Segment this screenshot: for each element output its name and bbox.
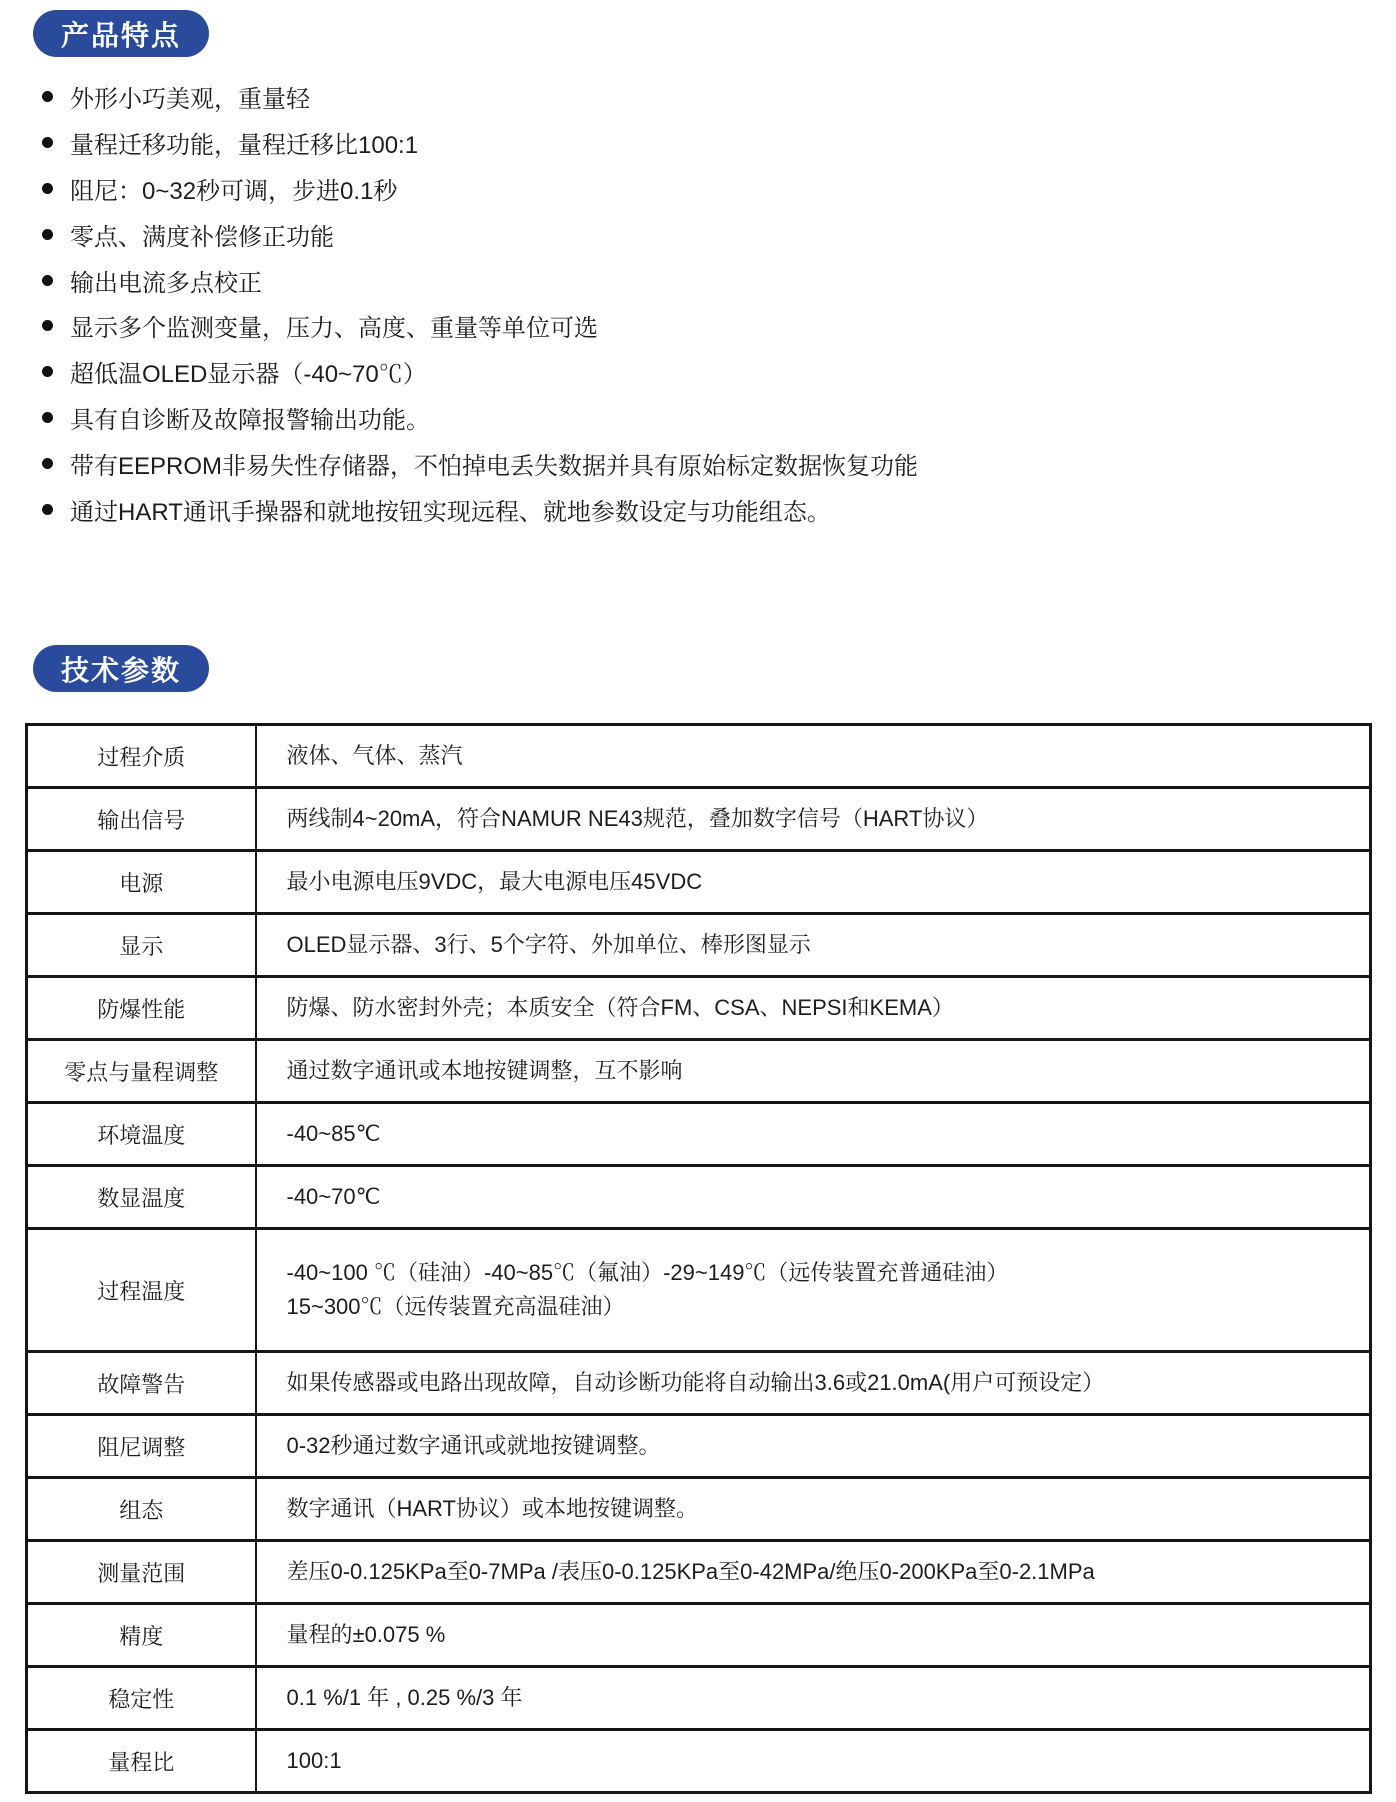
spec-label: 数显温度 [27,1166,256,1229]
feature-item: 零点、满度补偿修正功能 [42,211,918,257]
bullet-icon [42,412,53,423]
bullet-icon [42,91,53,102]
bullet-icon [42,458,53,469]
spec-row: 故障警告 如果传感器或电路出现故障，自动诊断功能将自动输出3.6或21.0mA(… [27,1352,1371,1415]
spec-row: 零点与量程调整 通过数字通讯或本地按键调整，互不影响 [27,1040,1371,1103]
spec-value: 两线制4~20mA，符合NAMUR NE43规范，叠加数字信号（HART协议） [256,788,1371,851]
spec-row: 显示 OLED显示器、3行、5个字符、外加单位、棒形图显示 [27,914,1371,977]
spec-value: 通过数字通讯或本地按键调整，互不影响 [256,1040,1371,1103]
spec-label: 稳定性 [27,1667,256,1730]
spec-label: 零点与量程调整 [27,1040,256,1103]
bullet-icon [42,229,53,240]
spec-row: 输出信号 两线制4~20mA，符合NAMUR NE43规范，叠加数字信号（HAR… [27,788,1371,851]
bullet-icon [42,275,53,286]
feature-text: 零点、满度补偿修正功能 [70,217,334,252]
section-title-features: 产品特点 [61,14,181,54]
spec-value: 差压0-0.125KPa至0-7MPa /表压0-0.125KPa至0-42MP… [256,1541,1371,1604]
feature-list: 外形小巧美观，重量轻 量程迁移功能，量程迁移比100:1 阻尼：0~32秒可调，… [42,74,918,532]
spec-value: -40~100 ℃（硅油）-40~85℃（氟油）-29~149℃（远传装置充普通… [256,1229,1371,1352]
spec-row: 过程温度 -40~100 ℃（硅油）-40~85℃（氟油）-29~149℃（远传… [27,1229,1371,1352]
spec-value: 数字通讯（HART协议）或本地按键调整。 [256,1478,1371,1541]
feature-item: 超低温OLED显示器（-40~70℃） [42,349,918,395]
spec-label: 输出信号 [27,788,256,851]
spec-row: 精度 量程的±0.075 % [27,1604,1371,1667]
feature-text: 量程迁移功能，量程迁移比100:1 [70,125,418,160]
datasheet-page: 产品特点 外形小巧美观，重量轻 量程迁移功能，量程迁移比100:1 阻尼：0~3… [0,0,1396,1802]
feature-text: 输出电流多点校正 [70,263,262,298]
spec-label: 精度 [27,1604,256,1667]
feature-item: 通过HART通讯手操器和就地按钮实现远程、就地参数设定与功能组态。 [42,486,918,532]
feature-text: 外形小巧美观，重量轻 [70,79,310,114]
feature-item: 阻尼：0~32秒可调，步进0.1秒 [42,166,918,212]
spec-row: 数显温度 -40~70℃ [27,1166,1371,1229]
spec-label: 阻尼调整 [27,1415,256,1478]
feature-text: 带有EEPROM非易失性存储器，不怕掉电丢失数据并具有原始标定数据恢复功能 [70,446,918,481]
spec-label: 环境温度 [27,1103,256,1166]
feature-item: 外形小巧美观，重量轻 [42,74,918,120]
feature-text: 超低温OLED显示器（-40~70℃） [70,354,427,389]
spec-value: 100:1 [256,1730,1371,1793]
section-header-product-features: 产品特点 [33,10,209,57]
feature-text: 显示多个监测变量，压力、高度、重量等单位可选 [70,308,598,343]
spec-row: 测量范围 差压0-0.125KPa至0-7MPa /表压0-0.125KPa至0… [27,1541,1371,1604]
spec-row: 稳定性 0.1 %/1 年 , 0.25 %/3 年 [27,1667,1371,1730]
spec-row: 量程比 100:1 [27,1730,1371,1793]
feature-text: 阻尼：0~32秒可调，步进0.1秒 [70,171,397,206]
spec-label: 过程介质 [27,725,256,788]
spec-value: -40~70℃ [256,1166,1371,1229]
spec-table: 过程介质 液体、气体、蒸汽 输出信号 两线制4~20mA，符合NAMUR NE4… [25,723,1372,1794]
spec-value: 液体、气体、蒸汽 [256,725,1371,788]
spec-value: 防爆、防水密封外壳；本质安全（符合FM、CSA、NEPSI和KEMA） [256,977,1371,1040]
spec-label: 量程比 [27,1730,256,1793]
feature-text: 具有自诊断及故障报警输出功能。 [70,400,430,435]
spec-row: 电源 最小电源电压9VDC，最大电源电压45VDC [27,851,1371,914]
spec-value: 如果传感器或电路出现故障，自动诊断功能将自动输出3.6或21.0mA(用户可预设… [256,1352,1371,1415]
spec-row: 阻尼调整 0-32秒通过数字通讯或就地按键调整。 [27,1415,1371,1478]
spec-label: 电源 [27,851,256,914]
feature-item: 量程迁移功能，量程迁移比100:1 [42,120,918,166]
spec-row: 防爆性能 防爆、防水密封外壳；本质安全（符合FM、CSA、NEPSI和KEMA） [27,977,1371,1040]
feature-text: 通过HART通讯手操器和就地按钮实现远程、就地参数设定与功能组态。 [70,492,831,527]
spec-value: 0-32秒通过数字通讯或就地按键调整。 [256,1415,1371,1478]
feature-item: 显示多个监测变量，压力、高度、重量等单位可选 [42,303,918,349]
feature-item: 带有EEPROM非易失性存储器，不怕掉电丢失数据并具有原始标定数据恢复功能 [42,440,918,486]
feature-item: 具有自诊断及故障报警输出功能。 [42,395,918,441]
section-title-specs: 技术参数 [61,649,181,689]
spec-row: 过程介质 液体、气体、蒸汽 [27,725,1371,788]
spec-label: 过程温度 [27,1229,256,1352]
bullet-icon [42,183,53,194]
spec-label: 组态 [27,1478,256,1541]
spec-label: 显示 [27,914,256,977]
spec-value: 0.1 %/1 年 , 0.25 %/3 年 [256,1667,1371,1730]
spec-label: 故障警告 [27,1352,256,1415]
spec-value: -40~85℃ [256,1103,1371,1166]
bullet-icon [42,320,53,331]
bullet-icon [42,137,53,148]
spec-value: 量程的±0.075 % [256,1604,1371,1667]
section-header-technical-parameters: 技术参数 [33,645,209,692]
feature-item: 输出电流多点校正 [42,257,918,303]
spec-value: OLED显示器、3行、5个字符、外加单位、棒形图显示 [256,914,1371,977]
spec-row: 组态 数字通讯（HART协议）或本地按键调整。 [27,1478,1371,1541]
spec-value: 最小电源电压9VDC，最大电源电压45VDC [256,851,1371,914]
bullet-icon [42,366,53,377]
spec-row: 环境温度 -40~85℃ [27,1103,1371,1166]
spec-label: 防爆性能 [27,977,256,1040]
spec-label: 测量范围 [27,1541,256,1604]
bullet-icon [42,504,53,515]
